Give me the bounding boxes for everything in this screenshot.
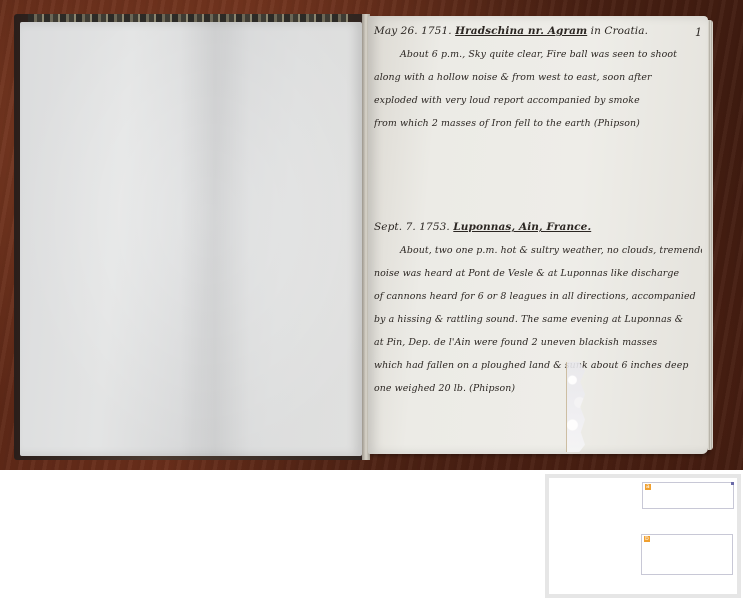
entry-line: from which 2 masses of Iron fell to the … bbox=[374, 112, 702, 135]
entry-hradschina: May 26. 1751. Hradschina nr. Agram in Cr… bbox=[374, 20, 702, 135]
notebook-photo: 1 May 26. 1751. Hradschina nr. Agram in … bbox=[0, 0, 743, 470]
entry-luponnas: Sept. 7. 1753. Luponnas, Ain, France. Ab… bbox=[374, 216, 702, 400]
entry-line: at Pin, Dep. de l'Ain were found 2 uneve… bbox=[374, 331, 702, 354]
entry-place: Hradschina nr. Agram bbox=[455, 25, 587, 37]
entry-line: one weighed 20 lb. (Phipson) bbox=[374, 377, 702, 400]
entry-line: About, two one p.m. hot & sultry weather… bbox=[374, 239, 702, 262]
entry-line: by a hissing & rattling sound. The same … bbox=[374, 308, 702, 331]
region-a-box[interactable]: a bbox=[642, 482, 734, 509]
entry-place: Luponnas, Ain, France. bbox=[453, 221, 591, 233]
entry-line: of cannons heard for 6 or 8 leagues in a… bbox=[374, 285, 702, 308]
tape-residue bbox=[566, 362, 585, 452]
region-label: b bbox=[644, 536, 650, 542]
page-stack-edge bbox=[708, 20, 713, 450]
left-page-blank bbox=[20, 22, 362, 456]
marbled-cover-edge bbox=[28, 14, 348, 22]
entry-line: which had fallen on a ploughed land & su… bbox=[374, 354, 702, 377]
entry-date: May 26. 1751. bbox=[374, 25, 452, 37]
page-fold-shadow bbox=[180, 22, 250, 456]
resize-handle-icon[interactable] bbox=[731, 482, 734, 485]
thumbnail-canvas: a b bbox=[549, 478, 737, 594]
layout-thumbnail[interactable]: a b bbox=[545, 474, 741, 598]
entry-line: exploded with very loud report accompani… bbox=[374, 89, 702, 112]
entry-heading: May 26. 1751. Hradschina nr. Agram in Cr… bbox=[374, 20, 702, 43]
entry-region: in Croatia. bbox=[591, 25, 648, 37]
entry-date: Sept. 7. 1753. bbox=[374, 221, 450, 233]
right-page: 1 May 26. 1751. Hradschina nr. Agram in … bbox=[368, 16, 708, 454]
entry-line: noise was heard at Pont de Vesle & at Lu… bbox=[374, 262, 702, 285]
region-label: a bbox=[645, 484, 651, 490]
entry-line: About 6 p.m., Sky quite clear, Fire ball… bbox=[374, 43, 702, 66]
entry-line: along with a hollow noise & from west to… bbox=[374, 66, 702, 89]
region-b-box[interactable]: b bbox=[641, 534, 733, 575]
entry-heading: Sept. 7. 1753. Luponnas, Ain, France. bbox=[374, 216, 702, 239]
